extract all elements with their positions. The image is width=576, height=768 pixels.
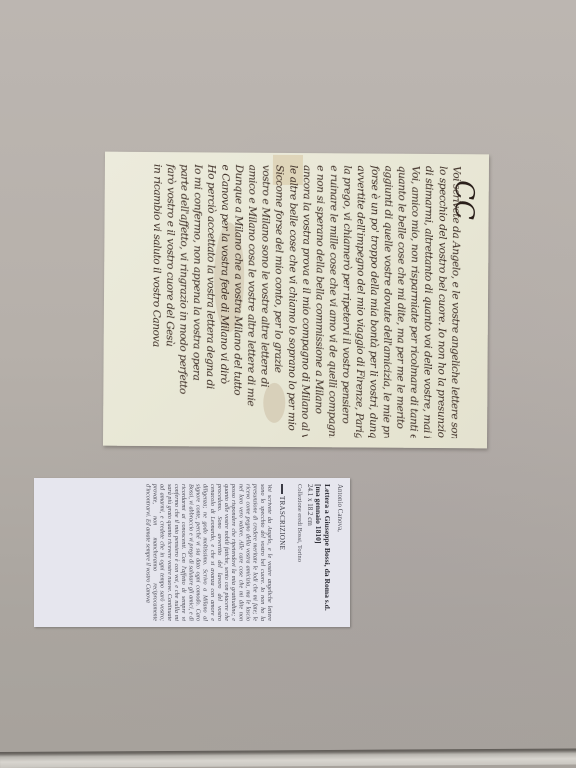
handwriting-line: Voi, amico mio, non risparmiate per rico… — [407, 166, 422, 438]
handwriting-line: Ho perciò accettato la vostra lettera de… — [203, 164, 218, 436]
label-title: Lettera a Giuseppe Bossi, da Roma s.d. [… — [314, 484, 332, 621]
display-frame-edge — [0, 748, 576, 768]
handwriting-line: le altre belle cose che vi chiamo lo sop… — [284, 165, 299, 437]
heading-rule — [281, 484, 283, 494]
label-collection: Collezione eredi Bossi, Torino — [296, 484, 303, 621]
handwriting-line: lo specchio del vostro bel cuore. Io non… — [434, 166, 449, 438]
handwriting-line: e Canova per la vostra fede di Milano vi… — [216, 164, 231, 436]
handwriting-line: Siccome forse del mio conto, per lo graz… — [271, 165, 286, 437]
handwriting-line: in ricambio vi saluto il vostro Canova — [148, 164, 163, 436]
handwriting-line: Voi scrivete da Angelo, e le vostre ange… — [447, 166, 462, 438]
heading-text: TRASCRIZIONE — [278, 496, 286, 550]
label-transcription: Voi scrivete da Angelo, e le vostre ange… — [143, 484, 272, 621]
handwriting-line: Dunque a Milano che a vostra Milano del … — [230, 165, 245, 437]
handwriting-line: farò vostro e il vostro cuore del Gesù — [162, 164, 177, 436]
handwriting-line: e non si sperano della bella commissione… — [312, 165, 327, 437]
handwriting-line: parte dell'affetto, vi ringrazio in modo… — [176, 164, 191, 436]
handwritten-letter: CC Voi scrivete da Angelo, e le vostre a… — [103, 152, 489, 449]
label-section-heading: TRASCRIZIONE — [278, 484, 286, 621]
museum-wall-label: Antonio Canova, Lettera a Giuseppe Bossi… — [34, 478, 350, 627]
label-dimensions: 24.1 x 18.2 cm — [306, 484, 314, 621]
label-author: Antonio Canova, — [336, 484, 344, 621]
handwriting-line: quanto le belle cose che mi dite, ma per… — [393, 166, 408, 438]
handwriting-line: e ruinare le mille cose che vi amo vi de… — [325, 165, 340, 437]
label-content: Antonio Canova, Lettera a Giuseppe Bossi… — [34, 478, 350, 627]
handwriting-line: ancora la vostra prova e il mio compagno… — [298, 165, 313, 437]
handwriting-block: Voi scrivete da Angelo, e le vostre ange… — [111, 164, 463, 438]
handwriting-line: la prego, vi chiamerò per ripetervi il v… — [339, 165, 354, 437]
handwriting-line: forse è un po' troppo della mia bontà pe… — [366, 165, 381, 437]
handwriting-line: aggiunti di quelle vostre dovute dell'am… — [379, 166, 394, 438]
label-title-line2: [ma gennaio 1810] — [314, 484, 323, 621]
handwriting-line: avvertite dell'impegno del mio viaggio d… — [352, 165, 367, 437]
label-title-line1: Lettera a Giuseppe Bossi, da Roma s.d. — [323, 484, 332, 621]
handwriting-line: Io mi confermo, non appena la vostra ope… — [189, 164, 204, 436]
handwriting-line: amico e Milano cosa le vostre altre lett… — [244, 165, 259, 437]
handwriting-line: di stimarmi, altrettanto di quanto voi d… — [420, 166, 435, 438]
handwriting-line: vostro e Milano sono le vostre altre let… — [257, 165, 272, 437]
